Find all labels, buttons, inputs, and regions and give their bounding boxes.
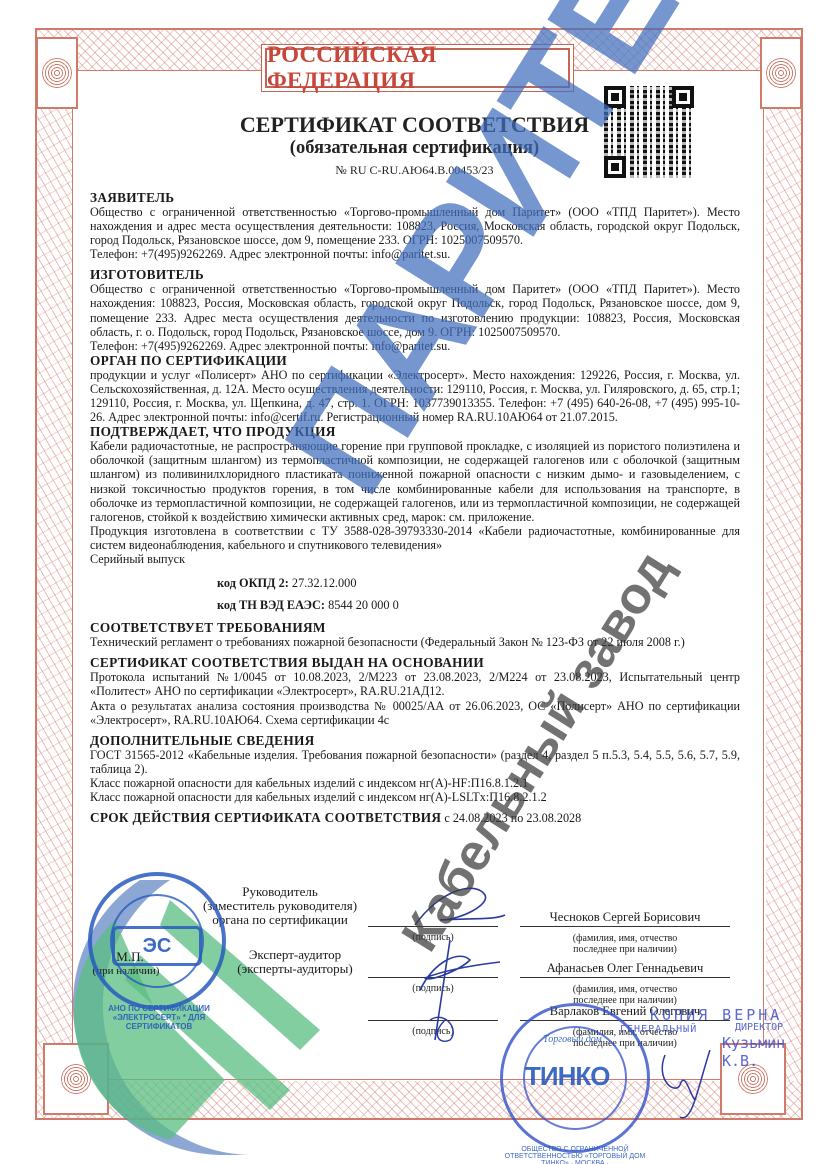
basis-heading: СЕРТИФИКАТ СООТВЕТСТВИЯ ВЫДАН НА ОСНОВАН… [90,655,740,670]
certificate-body: ЗАЯВИТЕЛЬ Общество с ограниченной ответс… [90,190,740,825]
copy-name: Кузьмин К.В. [722,1034,823,1070]
validity-heading: СРОК ДЕЙСТВИЯ СЕРТИФИКАТА СООТВЕТСТВИЯ [90,810,441,825]
basis-protocols: Протокола испытаний №1/0045 от 10.08.202… [90,670,740,698]
tnved-code: код ТН ВЭД ЕАЭС: 8544 20 000 0 [217,598,740,612]
requirements-text: Технический регламент о требованиях пожа… [90,635,740,649]
certification-body-heading: ОРГАН ПО СЕРТИФИКАЦИИ [90,353,740,368]
okpd-code: код ОКПД 2: 27.32.12.000 [217,576,740,590]
product-description: Кабели радиочастотные, не распространяющ… [90,439,740,524]
company-stamp-text: ОБЩЕСТВО С ОГРАНИЧЕННОЙ ОТВЕТСТВЕННОСТЬЮ… [500,1146,650,1164]
certificate-title: СЕРТИФИКАТ СООТВЕТСТВИЯ [0,112,823,138]
product-spec: Продукция изготовлена в соответствии с Т… [90,524,740,552]
basis-audit: Акта о результатах анализа состояния про… [90,699,740,727]
validity-period: с 24.08.2023 по 23.08.2028 [444,811,581,825]
head-name-line [520,926,730,927]
qr-code-icon[interactable] [604,86,694,178]
applicant-text: Общество с ограниченной ответственностью… [90,205,740,247]
certification-body-stamp-text: АНО ПО СЕРТИФИКАЦИИ «ЭЛЕКТРОСЕРТ» * ДЛЯ … [84,1004,234,1031]
company-stamp-logo: ТИНКО [525,1061,609,1092]
copy-role-general: ГЕНЕРАЛЬНЫЙ [620,1024,697,1035]
corner-rosette-icon [36,37,78,109]
requirements-heading: СООТВЕТСТВУЕТ ТРЕБОВАНИЯМ [90,620,740,635]
country-name: РОССИЙСКАЯ ФЕДЕРАЦИЯ [267,42,568,94]
applicant-heading: ЗАЯВИТЕЛЬ [90,190,740,205]
additional-heading: ДОПОЛНИТЕЛЬНЫЕ СВЕДЕНИЯ [90,733,740,748]
expert1-name-line [520,977,730,978]
manufacturer-text: Общество с ограниченной ответственностью… [90,282,740,338]
certification-body-stamp-icon: ЭС [88,872,226,1010]
certificate-subtitle: (обязательная сертификация) [0,138,823,159]
certificate-number: № RU C-RU.АЮ64.В.00453/23 [0,163,823,178]
additional-gost: ГОСТ 31565-2012 «Кабельные изделия. Треб… [90,748,740,776]
applicant-contacts: Телефон: +7(495)9262269. Адрес электронн… [90,247,740,261]
product-codes: код ОКПД 2: 27.32.12.000 код ТН ВЭД ЕАЭС… [90,576,740,612]
head-name: Чесноков Сергей Борисович [520,910,730,925]
fire-class-1: Класс пожарной опасности для кабельных и… [90,776,740,790]
expert1-name: Афанасьев Олег Геннадьевич [520,961,730,976]
validity: СРОК ДЕЙСТВИЯ СЕРТИФИКАТА СООТВЕТСТВИЯ с… [90,810,740,825]
product-heading: ПОДТВЕРЖДАЕТ, ЧТО ПРОДУКЦИЯ [90,424,740,439]
corner-rosette-icon [760,37,802,109]
director-signature-icon [650,1045,720,1125]
country-banner: РОССИЙСКАЯ ФЕДЕРАЦИЯ [265,48,570,88]
release-type: Серийный выпуск [90,552,740,566]
expert-label: Эксперт-аудитор (эксперты-аудиторы) [220,948,370,976]
signature-scribble-icon [400,870,510,1050]
fire-class-2: Класс пожарной опасности для кабельных и… [90,790,740,804]
manufacturer-contacts: Телефон: +7(495)9262269. Адрес электронн… [90,339,740,353]
certification-body-text: продукции и услуг «Полисерт» АНО по серт… [90,368,740,424]
head-name-caption: (фамилия, имя, отчество последнее при на… [540,933,710,955]
manufacturer-heading: ИЗГОТОВИТЕЛЬ [90,267,740,282]
copy-role: ДИРЕКТОР [735,1022,783,1033]
